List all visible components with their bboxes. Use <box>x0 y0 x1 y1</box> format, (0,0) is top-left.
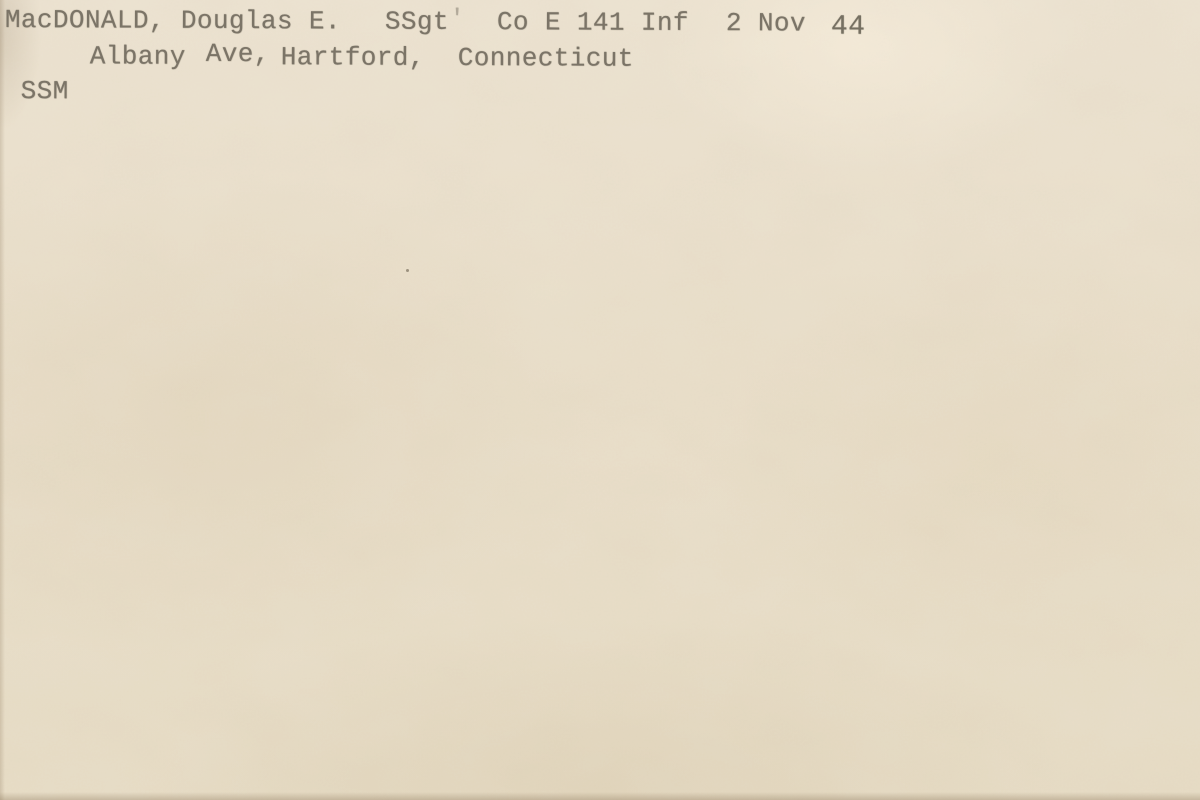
index-card: MacDONALD, Douglas E. SSgt ' Co E 141 In… <box>0 0 1200 800</box>
rank: SSgt <box>385 8 449 38</box>
typewritten-text-block: MacDONALD, Douglas E. SSgt ' Co E 141 In… <box>0 0 1200 800</box>
address-state: Connecticut <box>458 44 634 75</box>
typed-line-3: SSM <box>0 77 1200 114</box>
award-code: SSM <box>21 77 69 107</box>
date: 2 Nov <box>726 9 806 39</box>
address-street: Albany <box>90 42 186 72</box>
typed-line-1: MacDONALD, Douglas E. SSgt ' Co E 141 In… <box>0 6 1200 43</box>
unit: Co E 141 Inf <box>497 8 689 39</box>
paper-speck <box>406 269 409 272</box>
address-street-suffix: Ave, <box>206 40 270 70</box>
date-year: 44 <box>831 12 866 44</box>
typed-line-2: Albany Ave, Hartford, Connecticut <box>0 42 1200 79</box>
stray-tick-mark: ' <box>450 6 465 34</box>
soldier-name: MacDONALD, Douglas E. <box>5 6 341 37</box>
address-city: Hartford, <box>281 43 425 74</box>
